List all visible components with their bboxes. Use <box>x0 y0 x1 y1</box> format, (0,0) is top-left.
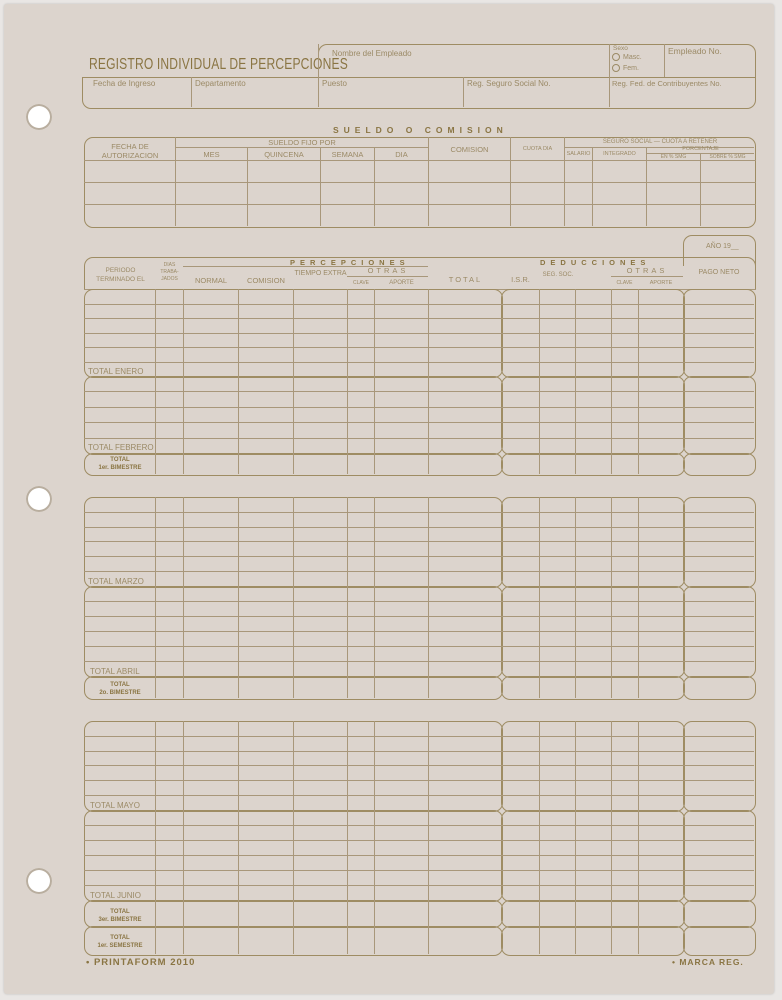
divider <box>609 44 610 107</box>
grid-line <box>84 751 754 752</box>
total-mayo-label: TOTAL MAYO <box>90 801 140 810</box>
grid-line <box>84 556 754 557</box>
grid-line <box>575 376 576 453</box>
grid-line <box>84 333 754 334</box>
divider <box>318 44 319 107</box>
grid-line <box>183 926 184 954</box>
total-marzo-label: TOTAL MARZO <box>88 577 144 586</box>
grid-line <box>539 453 540 474</box>
grid-line <box>611 453 612 474</box>
grid-line <box>84 825 754 826</box>
grid-line <box>84 571 754 572</box>
grid-line <box>374 453 375 474</box>
grid-line <box>84 304 754 305</box>
grid-line <box>84 512 754 513</box>
marca-reg-label: • MARCA REG. <box>672 957 744 967</box>
grid-line <box>84 855 754 856</box>
ded-block <box>501 926 685 956</box>
ded-block <box>501 810 685 902</box>
grid-line <box>293 376 294 453</box>
punch-hole-top <box>26 104 52 130</box>
aporte-perc-header: APORTE <box>375 279 428 288</box>
grid-line <box>84 601 754 602</box>
puesto-field[interactable]: Puesto <box>322 79 347 88</box>
ded-block <box>501 721 685 812</box>
pago-block <box>683 900 756 928</box>
grid-line <box>539 926 540 954</box>
ded-block <box>501 676 685 700</box>
clave-perc-header: CLAVE <box>348 279 374 288</box>
fecha-autorizacion-header: FECHA DE AUTORIZACION <box>86 142 174 160</box>
grid-line <box>575 926 576 954</box>
comision-col-header: COMISION <box>239 276 293 285</box>
form-title: REGISTRO INDIVIDUAL DE PERCEPCIONES <box>89 56 348 74</box>
grid-line <box>84 422 754 423</box>
grid-line <box>84 318 754 319</box>
dia-header: DIA <box>375 150 428 159</box>
grid-line <box>374 376 375 453</box>
grid-line <box>84 870 754 871</box>
grid-line <box>183 376 184 453</box>
total-bimestre-3-label: TOTAL3er. BIMESTRE <box>84 908 156 924</box>
grid-line <box>238 376 239 453</box>
grid-line <box>374 676 375 698</box>
sexo-masc-radio[interactable]: Masc. <box>612 53 642 61</box>
printaform-brand: • PRINTAFORM 2010 <box>86 957 195 968</box>
grid-line <box>84 885 754 886</box>
divider <box>84 182 756 183</box>
total-semestre-1-label: TOTAL1er. SEMESTRE <box>84 934 156 950</box>
reg-seguro-social-field[interactable]: Reg. Seguro Social No. <box>467 79 551 88</box>
grid-line <box>293 676 294 698</box>
grid-line <box>84 362 754 363</box>
ded-block <box>501 900 685 928</box>
grid-line <box>638 453 639 474</box>
cuota-dia-header: CUOTA DIA <box>511 145 564 154</box>
total-abril-label: TOTAL ABRIL <box>90 667 140 676</box>
grid-line <box>347 926 348 954</box>
ded-block <box>501 586 685 678</box>
semana-header: SEMANA <box>321 150 374 159</box>
punch-hole-bottom <box>26 868 52 894</box>
total-header: TOTAL <box>430 275 501 284</box>
pct-sub-a: EN % SMG <box>647 153 700 162</box>
grid-line <box>638 676 639 698</box>
grid-line <box>84 646 754 647</box>
clave-ded-header: CLAVE <box>611 279 638 288</box>
grid-line <box>638 376 639 453</box>
ded-block <box>501 453 685 476</box>
grid-line <box>84 541 754 542</box>
grid-line <box>347 453 348 474</box>
radio-icon <box>612 53 620 61</box>
salario-header: SALARIO <box>565 150 592 159</box>
divider <box>664 44 665 77</box>
integrado-header: INTEGRADO <box>593 150 646 159</box>
grid-line <box>539 376 540 453</box>
grid-line <box>575 676 576 698</box>
grid-line <box>611 926 612 954</box>
grid-line <box>84 661 754 662</box>
aporte-ded-header: APORTE <box>639 279 683 288</box>
departamento-field[interactable]: Departamento <box>195 79 246 88</box>
pago-block <box>683 586 756 678</box>
ded-block <box>501 497 685 588</box>
pago-block <box>683 926 756 956</box>
empleado-no-field[interactable]: Empleado No. <box>668 46 722 56</box>
grid-line <box>84 736 754 737</box>
grid-line <box>638 926 639 954</box>
seg-soc-header: SEG. SOC. <box>540 271 576 280</box>
otras-perc-header: OTRAS <box>348 266 428 275</box>
isr-header: I.S.R. <box>502 275 539 284</box>
pct-sub-b: SOBRE % SMG <box>701 153 754 162</box>
grid-line <box>84 765 754 766</box>
divider <box>191 77 192 107</box>
grid-line <box>238 453 239 474</box>
grid-line <box>84 795 754 796</box>
sexo-fem-radio[interactable]: Fem. <box>612 64 639 72</box>
grid-line <box>428 900 429 926</box>
periodo-header: PERIODO TERMINADO EL <box>86 266 155 284</box>
total-bimestre-1-label: TOTAL1er. BIMESTRE <box>84 456 156 472</box>
grid-line <box>84 840 754 841</box>
divider <box>463 77 464 107</box>
pago-block <box>683 676 756 700</box>
grid-line <box>347 376 348 453</box>
pago-block <box>683 810 756 902</box>
normal-header: NORMAL <box>184 276 238 285</box>
grid-line <box>293 900 294 926</box>
divider <box>175 147 428 148</box>
grid-line <box>428 676 429 698</box>
grid-line <box>84 347 754 348</box>
grid-line <box>155 376 156 453</box>
ano-field[interactable]: AÑO 19__ <box>706 243 739 250</box>
pago-block <box>683 497 756 588</box>
pago-block <box>683 721 756 812</box>
rfc-field[interactable]: Reg. Fed. de Contribuyentes No. <box>612 79 722 88</box>
sueldo-fijo-header: SUELDO FIJO POR <box>176 138 428 147</box>
grid-line <box>428 926 429 954</box>
grid-line <box>575 900 576 926</box>
otras-ded-header: OTRAS <box>611 266 683 275</box>
grid-line <box>84 438 754 439</box>
grid-line <box>638 900 639 926</box>
grid-line <box>611 376 612 453</box>
grid-line <box>238 900 239 926</box>
divider <box>84 204 756 205</box>
grid-line <box>374 900 375 926</box>
grid-line <box>84 631 754 632</box>
grid-line <box>347 676 348 698</box>
nombre-empleado-field[interactable]: Nombre del Empleado <box>332 49 412 58</box>
grid-line <box>293 453 294 474</box>
grid-line <box>84 407 754 408</box>
sexo-label: Sexo <box>613 45 628 52</box>
grid-line <box>575 453 576 474</box>
grid-line <box>539 900 540 926</box>
punch-hole-middle <box>26 486 52 512</box>
pago-block <box>683 376 756 455</box>
total-febrero-label: TOTAL FEBRERO <box>88 443 154 452</box>
grid-line <box>84 616 754 617</box>
pago-neto-header: PAGO NETO <box>684 268 754 277</box>
grid-line <box>183 676 184 698</box>
sueldo-section-title: SUELDO O COMISION <box>333 125 508 135</box>
grid-line <box>84 527 754 528</box>
fecha-ingreso-field[interactable]: Fecha de Ingreso <box>93 79 155 88</box>
tiempo-extra-header: TIEMPO EXTRA <box>294 269 347 278</box>
grid-line <box>238 926 239 954</box>
grid-line <box>183 900 184 926</box>
dias-trabajados-header: DIAS TRABA-JADOS <box>156 262 183 283</box>
grid-line <box>374 926 375 954</box>
ded-block <box>501 376 685 455</box>
total-enero-label: TOTAL ENERO <box>88 367 143 376</box>
grid-line <box>611 676 612 698</box>
total-junio-label: TOTAL JUNIO <box>90 891 141 900</box>
grid-line <box>428 453 429 474</box>
grid-line <box>428 376 429 453</box>
grid-line <box>293 926 294 954</box>
comision-header: COMISION <box>429 145 510 154</box>
pago-block <box>683 453 756 476</box>
grid-line <box>238 676 239 698</box>
mes-header: MES <box>176 150 247 159</box>
quincena-header: QUINCENA <box>248 150 320 159</box>
grid-line <box>84 780 754 781</box>
grid-line <box>347 900 348 926</box>
total-bimestre-2-label: TOTAL2o. BIMESTRE <box>84 681 156 697</box>
radio-icon <box>612 64 620 72</box>
grid-line <box>539 676 540 698</box>
grid-line <box>183 453 184 474</box>
grid-line <box>611 900 612 926</box>
grid-line <box>84 391 754 392</box>
